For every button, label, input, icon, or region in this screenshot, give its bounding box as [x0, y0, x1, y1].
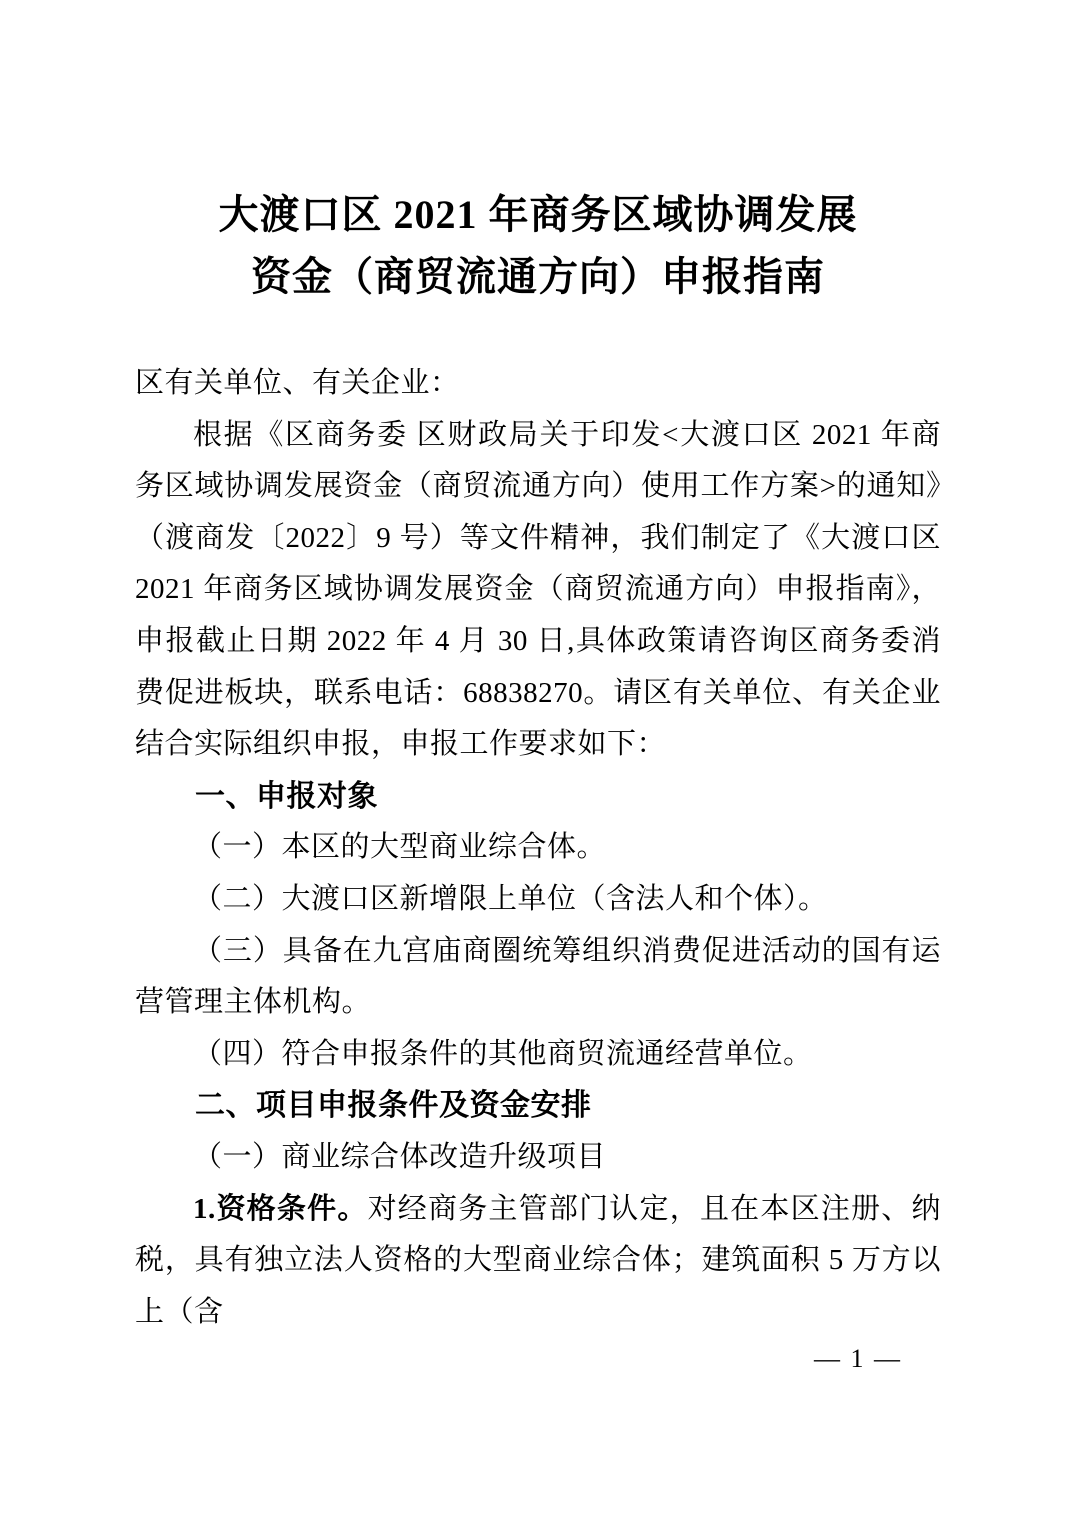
section1-item-1: （一）本区的大型商业综合体。 [135, 822, 941, 874]
clause-label: 1.资格条件。 [193, 1193, 368, 1225]
document-content: 大渡口区 2021 年商务区域协调发展 资金（商贸流通方向）申报指南 区有关单位… [135, 184, 941, 1338]
document-title-line2: 资金（商贸流通方向）申报指南 [135, 246, 941, 308]
section1-item-2: （二）大渡口区新增限上单位（含法人和个体）。 [135, 874, 941, 926]
document-page: 大渡口区 2021 年商务区域协调发展 资金（商贸流通方向）申报指南 区有关单位… [0, 0, 1074, 1520]
intro-paragraph: 根据《区商务委 区财政局关于印发<大渡口区 2021 年商务区域协调发展资金（商… [135, 410, 941, 771]
section2-sub-heading: （一）商业综合体改造升级项目 [135, 1132, 941, 1184]
document-title-line1: 大渡口区 2021 年商务区域协调发展 [135, 184, 941, 246]
section1-heading: 一、申报对象 [135, 771, 941, 823]
page-number: — 1 — [814, 1343, 902, 1375]
document-title: 大渡口区 2021 年商务区域协调发展 资金（商贸流通方向）申报指南 [135, 184, 941, 308]
clause-paragraph: 1.资格条件。对经商务主管部门认定，且在本区注册、纳税，具有独立法人资格的大型商… [135, 1184, 941, 1339]
document-body: 区有关单位、有关企业： 根据《区商务委 区财政局关于印发<大渡口区 2021 年… [135, 358, 941, 1338]
section1-item-4: （四）符合申报条件的其他商贸流通经营单位。 [135, 1029, 941, 1081]
section2-heading: 二、项目申报条件及资金安排 [135, 1080, 941, 1132]
section1-item-3: （三）具备在九宫庙商圈统筹组织消费促进活动的国有运营管理主体机构。 [135, 926, 941, 1029]
salutation-line: 区有关单位、有关企业： [135, 358, 941, 410]
